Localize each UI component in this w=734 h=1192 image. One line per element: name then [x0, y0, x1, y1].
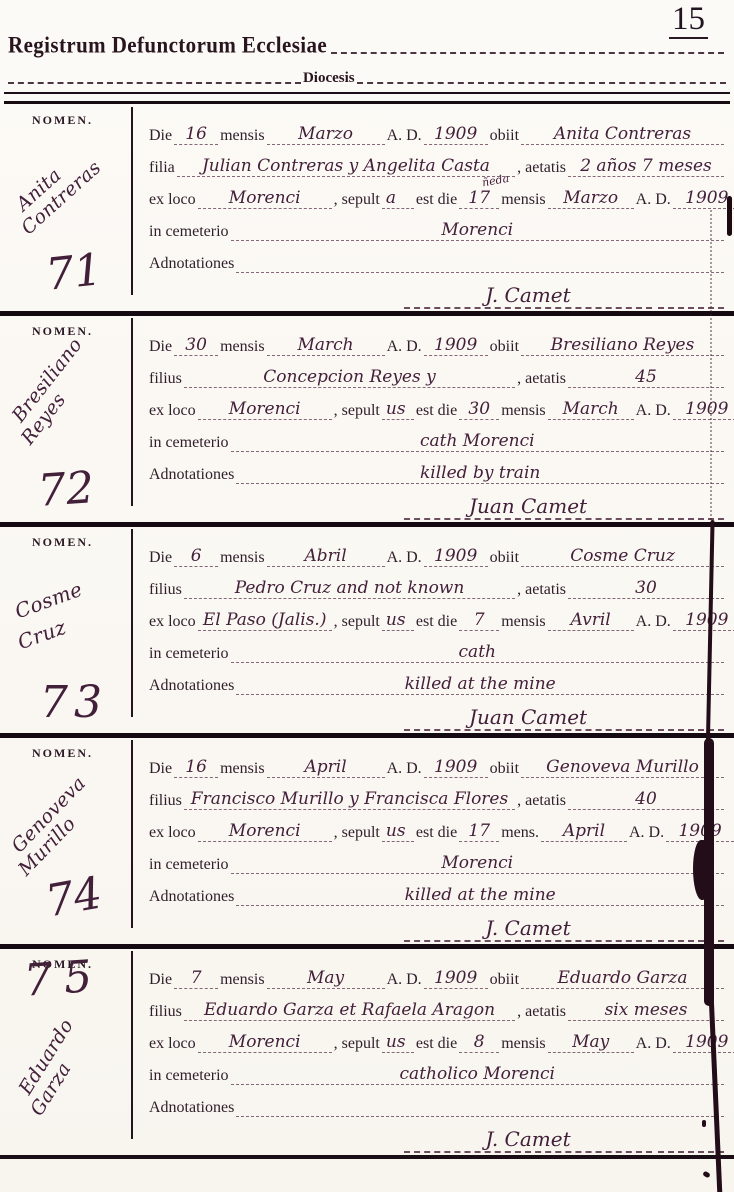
- burial-line: ex loco Morenci , sepult us est die 17 m…: [147, 810, 724, 842]
- sepult-label: , sepult: [334, 402, 380, 420]
- burial-line: ex loco Morenci , sepult us est die 30 m…: [147, 388, 724, 420]
- ad-label: A. D.: [387, 127, 422, 145]
- filiation-line: filius Concepcion Reyes y , aetatis 45: [147, 356, 724, 388]
- est-die-label: est die: [416, 191, 457, 209]
- death-month-value: Abril: [267, 548, 385, 567]
- margin-handwritten-name: Anita Contreras: [4, 125, 125, 240]
- scan-edge-blot: [693, 840, 710, 900]
- ex-loco-label: ex loco: [149, 191, 196, 209]
- ad-label: A. D.: [387, 338, 422, 356]
- in-cemeterio-label: in cemeterio: [149, 856, 229, 874]
- obiit-label: obiit: [490, 549, 519, 567]
- ad-label: A. D.: [387, 549, 422, 567]
- sepult-suffix-value: us: [382, 823, 414, 842]
- obiit-label: obiit: [490, 338, 519, 356]
- adnotationes-label: Adnotationes: [149, 466, 234, 484]
- aetatis-label: , aetatis: [517, 581, 566, 599]
- signature-line: Juan Camet: [147, 484, 724, 520]
- in-cemeterio-label: in cemeterio: [149, 1067, 229, 1085]
- parents-value: Eduardo Garza et Rafaela Aragon: [184, 1002, 515, 1021]
- burial-month-value: April: [541, 823, 627, 842]
- title-fill-line: [331, 51, 724, 54]
- burial-day-value: 30: [459, 401, 499, 420]
- place-value: Morenci: [198, 823, 332, 842]
- in-cemeterio-label: in cemeterio: [149, 223, 229, 241]
- death-day-value: 16: [174, 126, 218, 145]
- parents-text: Pedro Cruz and not known: [235, 578, 465, 598]
- burial-ad-label: A. D.: [636, 191, 671, 209]
- adnotationes-label: Adnotationes: [149, 255, 234, 273]
- death-year-value: 1909: [424, 337, 488, 356]
- margin-record-number: 71: [44, 248, 104, 298]
- annotations-value: [236, 272, 724, 273]
- place-value: Morenci: [198, 1034, 332, 1053]
- record-body: Die 30 mensis March A. D. 1909 obiit Bre…: [133, 316, 734, 522]
- filiation-line: filia Julian Contreras y Angelita Casta …: [147, 145, 724, 177]
- parents-value: Julian Contreras y Angelita Casta ñeda: [177, 158, 515, 177]
- diocesis-trail-line: [357, 81, 726, 84]
- record-margin: NOMEN. Genoveva Murillo 74: [0, 738, 133, 944]
- diocesis-lead-line: [8, 81, 301, 84]
- death-record: NOMEN. Genoveva Murillo 74 Die 16 mensis…: [0, 738, 734, 944]
- burial-month-value: May: [548, 1034, 634, 1053]
- filiation-line: filius Francisco Murillo y Francisca Flo…: [147, 778, 724, 810]
- record-margin: NOMEN. Anita Contreras 71: [0, 105, 133, 311]
- burial-month-value: Marzo: [548, 190, 634, 209]
- deceased-name-value: Eduardo Garza: [521, 970, 724, 989]
- age-value: 45: [568, 369, 724, 388]
- die-label: Die: [149, 127, 172, 145]
- ad-label: A. D.: [387, 760, 422, 778]
- est-die-label: est die: [416, 402, 457, 420]
- burial-ad-label: A. D.: [629, 824, 664, 842]
- record-margin: NOMEN. Cosme Cruz 73: [0, 527, 133, 733]
- death-line: Die 6 mensis Abril A. D. 1909 obiit Cosm…: [147, 535, 724, 567]
- signature-line: J. Camet: [147, 906, 724, 942]
- annotations-value: killed at the mine: [236, 676, 724, 695]
- burial-month-value: Avril: [548, 612, 634, 631]
- filiation-label: filius: [149, 581, 182, 599]
- place-value: Morenci: [198, 401, 332, 420]
- record-body: Die 7 mensis May A. D. 1909 obiit Eduard…: [133, 949, 734, 1155]
- priest-signature: Juan Camet: [404, 496, 652, 520]
- burial-mensis-label: mensis: [501, 402, 545, 420]
- burial-ad-label: A. D.: [636, 402, 671, 420]
- parents-value: Francisco Murillo y Francisca Flores: [184, 791, 515, 810]
- margin-handwritten-name: Eduardo Garza: [9, 992, 111, 1120]
- in-cemeterio-label: in cemeterio: [149, 645, 229, 663]
- cemetery-value: cath: [231, 644, 724, 663]
- diocesis-row: Diocesis: [8, 70, 726, 87]
- register-title-row: Registrum Defunctorum Ecclesiae: [8, 33, 726, 58]
- sepult-suffix-value: us: [382, 612, 414, 631]
- margin-record-number: 75: [23, 954, 106, 1003]
- death-year-value: 1909: [424, 970, 488, 989]
- ex-loco-label: ex loco: [149, 824, 196, 842]
- aetatis-label: , aetatis: [517, 1003, 566, 1021]
- margin-handwritten-name: Genoveva Murillo: [0, 762, 116, 881]
- signature-tail-line: [658, 307, 724, 309]
- priest-signature: Juan Camet: [404, 707, 652, 731]
- record-body: Die 6 mensis Abril A. D. 1909 obiit Cosm…: [133, 527, 734, 733]
- parents-text: Concepcion Reyes y: [263, 367, 435, 387]
- register-title: Registrum Defunctorum Ecclesiae: [8, 32, 327, 59]
- est-die-label: est die: [416, 1035, 457, 1053]
- scan-speck: [702, 1171, 711, 1179]
- death-line: Die 30 mensis March A. D. 1909 obiit Bre…: [147, 324, 724, 356]
- obiit-label: obiit: [490, 760, 519, 778]
- burial-line: ex loco Morenci , sepult us est die 8 me…: [147, 1021, 724, 1053]
- ex-loco-label: ex loco: [149, 402, 196, 420]
- signature-tail-line: [658, 940, 724, 942]
- adnotationes-label: Adnotationes: [149, 677, 234, 695]
- age-value: 40: [568, 791, 724, 810]
- margin-record-number: 72: [37, 466, 96, 514]
- cemetery-line: in cemeterio Morenci: [147, 842, 724, 874]
- burial-ad-label: A. D.: [636, 1035, 671, 1053]
- aetatis-label: , aetatis: [517, 370, 566, 388]
- death-line: Die 16 mensis April A. D. 1909 obiit Gen…: [147, 746, 724, 778]
- annotations-value: [236, 1116, 724, 1117]
- cemetery-line: in cemeterio cath: [147, 631, 724, 663]
- nomen-label: NOMEN.: [32, 113, 133, 128]
- signature-tail-line: [658, 729, 724, 731]
- diocesis-label: Diocesis: [303, 70, 355, 87]
- cemetery-line: in cemeterio Morenci: [147, 209, 724, 241]
- mensis-label: mensis: [220, 971, 264, 989]
- place-value: El Paso (Jalis.): [198, 612, 332, 631]
- death-day-value: 30: [174, 337, 218, 356]
- parents-text: Eduardo Garza et Rafaela Aragon: [204, 1000, 495, 1020]
- death-day-value: 16: [174, 759, 218, 778]
- annotations-line: Adnotationes killed at the mine: [147, 874, 724, 906]
- deceased-name-value: Genoveva Murillo: [521, 759, 724, 778]
- cemetery-line: in cemeterio catholico Morenci: [147, 1053, 724, 1085]
- obiit-label: obiit: [490, 127, 519, 145]
- death-record: NOMEN. Bresiliano Reyes 72 Die 30 mensis…: [0, 316, 734, 522]
- aetatis-label: , aetatis: [517, 159, 566, 177]
- age-value: 30: [568, 580, 724, 599]
- death-record: NOMEN. Anita Contreras 71 Die 16 mensis …: [0, 105, 734, 311]
- death-day-value: 7: [174, 970, 218, 989]
- sepult-suffix-value: a: [382, 190, 414, 209]
- death-record: NOMEN. Cosme Cruz 73 Die 6 mensis Abril …: [0, 527, 734, 733]
- filiation-label: filius: [149, 792, 182, 810]
- burial-mensis-label: mens.: [501, 824, 539, 842]
- cemetery-value: Morenci: [231, 855, 724, 874]
- death-year-value: 1909: [424, 126, 488, 145]
- annotations-value: killed by train: [236, 465, 724, 484]
- signature-line: J. Camet: [147, 1117, 724, 1153]
- mensis-label: mensis: [220, 549, 264, 567]
- burial-year-value: 1909: [673, 612, 734, 631]
- priest-signature: J. Camet: [404, 1129, 652, 1153]
- sepult-label: , sepult: [334, 824, 380, 842]
- cemetery-value: cath Morenci: [231, 433, 724, 452]
- margin-record-number: 74: [43, 871, 106, 924]
- death-line: Die 7 mensis May A. D. 1909 obiit Eduard…: [147, 957, 724, 989]
- margin-handwritten-name: Bresiliano Reyes: [1, 325, 111, 449]
- filiation-line: filius Eduardo Garza et Rafaela Aragon ,…: [147, 989, 724, 1021]
- mensis-label: mensis: [220, 338, 264, 356]
- aetatis-label: , aetatis: [517, 792, 566, 810]
- filiation-label: filia: [149, 159, 175, 177]
- record-body: Die 16 mensis April A. D. 1909 obiit Gen…: [133, 738, 734, 944]
- ad-label: A. D.: [387, 971, 422, 989]
- nomen-label: NOMEN.: [32, 746, 133, 761]
- death-month-value: Marzo: [267, 126, 385, 145]
- filiation-label: filius: [149, 1003, 182, 1021]
- burial-line: ex loco El Paso (Jalis.) , sepult us est…: [147, 599, 724, 631]
- burial-ad-label: A. D.: [636, 613, 671, 631]
- record-margin: NOMEN. Eduardo Garza 75: [0, 949, 133, 1155]
- burial-year-value: 1909: [673, 1034, 734, 1053]
- cemetery-value: Morenci: [231, 222, 724, 241]
- annotations-value: killed at the mine: [236, 887, 724, 906]
- deceased-name-value: Cosme Cruz: [521, 548, 724, 567]
- burial-day-value: 17: [459, 190, 499, 209]
- annotations-line: Adnotationes: [147, 1085, 724, 1117]
- signature-line: J. Camet: [147, 273, 724, 309]
- records-list: NOMEN. Anita Contreras 71 Die 16 mensis …: [0, 105, 734, 1159]
- burial-day-value: 8: [459, 1034, 499, 1053]
- mensis-label: mensis: [220, 760, 264, 778]
- burial-line: ex loco Morenci , sepult a est die 17 me…: [147, 177, 724, 209]
- deceased-name-value: Bresiliano Reyes: [521, 337, 724, 356]
- death-month-value: May: [267, 970, 385, 989]
- annotations-line: Adnotationes killed by train: [147, 452, 724, 484]
- parents-text: Francisco Murillo y Francisca Flores: [191, 789, 508, 809]
- burial-year-value: 1909: [673, 401, 734, 420]
- death-record: NOMEN. Eduardo Garza 75 Die 7 mensis May…: [0, 949, 734, 1155]
- place-value: Morenci: [198, 190, 332, 209]
- scan-edge-mark: [727, 196, 732, 236]
- die-label: Die: [149, 760, 172, 778]
- priest-signature: J. Camet: [404, 918, 652, 942]
- age-value: 2 años 7 meses: [568, 158, 724, 177]
- annotations-line: Adnotationes: [147, 241, 724, 273]
- mensis-label: mensis: [220, 127, 264, 145]
- adnotationes-label: Adnotationes: [149, 1099, 234, 1117]
- sepult-suffix-value: us: [382, 1034, 414, 1053]
- est-die-label: est die: [416, 613, 457, 631]
- die-label: Die: [149, 338, 172, 356]
- die-label: Die: [149, 549, 172, 567]
- sepult-label: , sepult: [334, 191, 380, 209]
- priest-signature: J. Camet: [404, 285, 652, 309]
- parents-text: Julian Contreras y Angelita Casta: [202, 156, 490, 176]
- page-bottom-rule: [0, 1155, 734, 1159]
- burial-mensis-label: mensis: [501, 191, 545, 209]
- scan-edge-faint-line: [709, 210, 712, 520]
- signature-tail-line: [658, 1151, 724, 1153]
- deceased-name-value: Anita Contreras: [521, 126, 724, 145]
- death-day-value: 6: [174, 548, 218, 567]
- parents-value: Pedro Cruz and not known: [184, 580, 515, 599]
- death-line: Die 16 mensis Marzo A. D. 1909 obiit Ani…: [147, 113, 724, 145]
- burial-day-value: 17: [459, 823, 499, 842]
- annotations-line: Adnotationes killed at the mine: [147, 663, 724, 695]
- burial-mensis-label: mensis: [501, 613, 545, 631]
- die-label: Die: [149, 971, 172, 989]
- burial-year-value: 1909: [673, 190, 734, 209]
- filiation-label: filius: [149, 370, 182, 388]
- signature-line: Juan Camet: [147, 695, 724, 731]
- filiation-line: filius Pedro Cruz and not known , aetati…: [147, 567, 724, 599]
- record-body: Die 16 mensis Marzo A. D. 1909 obiit Ani…: [133, 105, 734, 311]
- signature-tail-line: [658, 518, 724, 520]
- ex-loco-label: ex loco: [149, 1035, 196, 1053]
- margin-handwritten-name: Cosme Cruz: [1, 563, 136, 655]
- nomen-label: NOMEN.: [32, 535, 133, 550]
- in-cemeterio-label: in cemeterio: [149, 434, 229, 452]
- parents-value: Concepcion Reyes y: [184, 369, 515, 388]
- burial-day-value: 7: [459, 612, 499, 631]
- age-value: six meses: [568, 1002, 724, 1021]
- death-year-value: 1909: [424, 759, 488, 778]
- cemetery-line: in cemeterio cath Morenci: [147, 420, 724, 452]
- burial-mensis-label: mensis: [501, 1035, 545, 1053]
- death-year-value: 1909: [424, 548, 488, 567]
- burial-month-value: March: [548, 401, 634, 420]
- sepult-label: , sepult: [334, 613, 380, 631]
- est-die-label: est die: [416, 824, 457, 842]
- death-month-value: March: [267, 337, 385, 356]
- sepult-label: , sepult: [334, 1035, 380, 1053]
- sepult-suffix-value: us: [382, 401, 414, 420]
- record-margin: NOMEN. Bresiliano Reyes 72: [0, 316, 133, 522]
- obiit-label: obiit: [490, 971, 519, 989]
- margin-record-number: 73: [40, 681, 108, 725]
- ex-loco-label: ex loco: [149, 613, 196, 631]
- scan-speck: [702, 1120, 706, 1127]
- death-month-value: April: [267, 759, 385, 778]
- cemetery-value: catholico Morenci: [231, 1066, 724, 1085]
- adnotationes-label: Adnotationes: [149, 888, 234, 906]
- header-double-rule: [4, 92, 730, 104]
